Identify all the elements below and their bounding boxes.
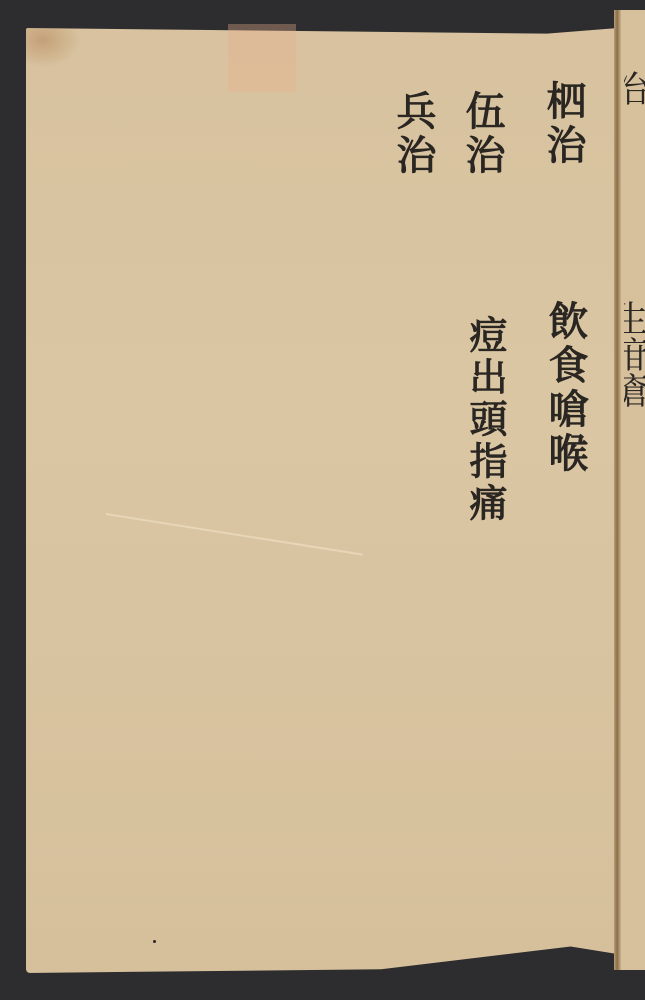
column-4: 飲食嗆喉: [545, 300, 585, 476]
column-3: 兵治: [393, 90, 433, 178]
column-5: 痘出頭指痛: [466, 315, 504, 525]
right-page-text-top: 治: [624, 70, 645, 140]
column-1: 柶治: [543, 80, 583, 168]
ink-speck: [153, 940, 156, 943]
faded-seal-stamp: [228, 24, 296, 92]
column-2: 伍治: [462, 90, 502, 178]
book-spine: [614, 10, 621, 970]
paper-crease: [106, 513, 363, 556]
right-page-text-middle: 生疳瘡: [624, 300, 645, 500]
left-page: [26, 28, 618, 973]
